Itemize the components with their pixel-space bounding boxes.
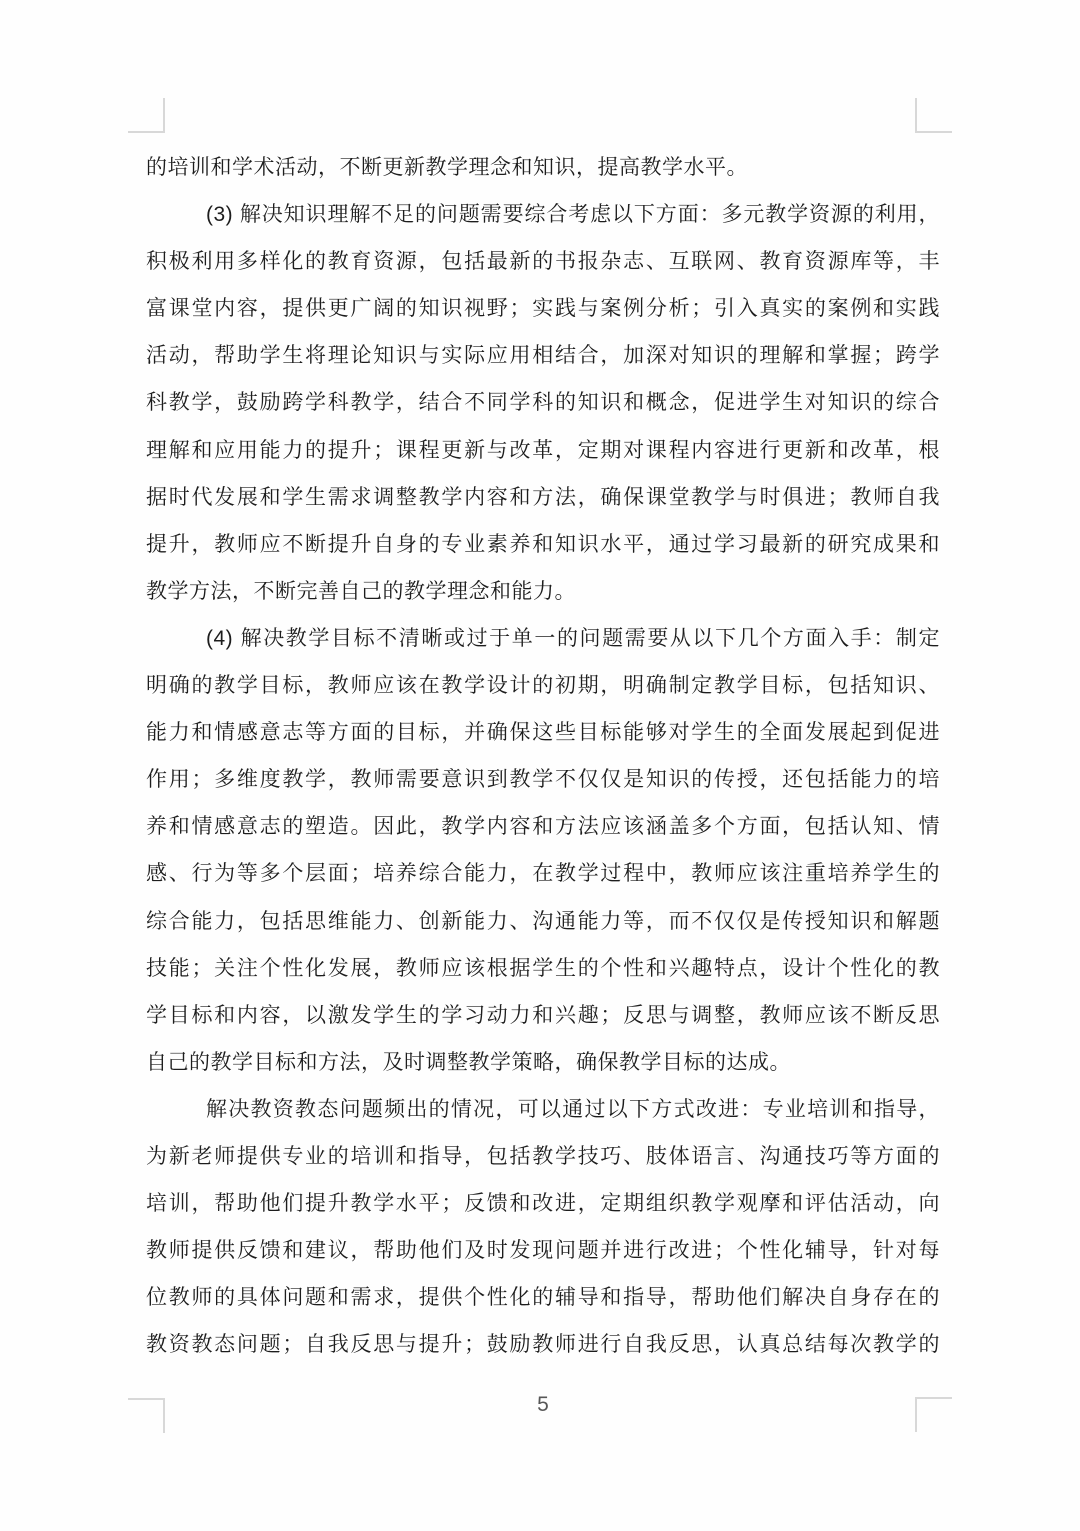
text-line: 解决教资教态问题频出的情况，可以通过以下方式改进：专业培训和指导， <box>146 1086 940 1133</box>
text-line: 综合能力，包括思维能力、创新能力、沟通能力等，而不仅仅是传授知识和解题 <box>146 898 940 945</box>
text-line: 作用；多维度教学，教师需要意识到教学不仅仅是知识的传授，还包括能力的培 <box>146 756 940 803</box>
text-line: 位教师的具体问题和需求，提供个性化的辅导和指导，帮助他们解决自身存在的 <box>146 1274 940 1321</box>
text-line: (3) 解决知识理解不足的问题需要综合考虑以下方面：多元教学资源的利用， <box>146 191 940 238</box>
document-text: 的培训和学术活动，不断更新教学理念和知识，提高教学水平。(3) 解决知识理解不足… <box>146 144 940 1368</box>
text-line: 科教学，鼓励跨学科教学，结合不同学科的知识和概念，促进学生对知识的综合 <box>146 379 940 426</box>
crop-mark-top-right <box>915 98 952 133</box>
text-line: 为新老师提供专业的培训和指导，包括教学技巧、肢体语言、沟通技巧等方面的 <box>146 1133 940 1180</box>
text-line: 教资教态问题；自我反思与提升；鼓励教师进行自我反思，认真总结每次教学的 <box>146 1321 940 1368</box>
text-line: 教师提供反馈和建议，帮助他们及时发现问题并进行改进；个性化辅导，针对每 <box>146 1227 940 1274</box>
text-line: 提升，教师应不断提升自身的专业素养和知识水平，通过学习最新的研究成果和 <box>146 521 940 568</box>
page-number: 5 <box>146 1390 940 1420</box>
text-line: 感、行为等多个层面；培养综合能力，在教学过程中，教师应该注重培养学生的 <box>146 850 940 897</box>
text-line: 自己的教学目标和方法，及时调整教学策略，确保教学目标的达成。 <box>146 1039 940 1086</box>
text-line: (4) 解决教学目标不清晰或过于单一的问题需要从以下几个方面入手：制定 <box>146 615 940 662</box>
text-line: 的培训和学术活动，不断更新教学理念和知识，提高教学水平。 <box>146 144 940 191</box>
text-line: 养和情感意志的塑造。因此，教学内容和方法应该涵盖多个方面，包括认知、情 <box>146 803 940 850</box>
text-line: 积极利用多样化的教育资源，包括最新的书报杂志、互联网、教育资源库等，丰 <box>146 238 940 285</box>
text-line: 明确的教学目标，教师应该在教学设计的初期，明确制定教学目标，包括知识、 <box>146 662 940 709</box>
document-page: 的培训和学术活动，不断更新教学理念和知识，提高教学水平。(3) 解决知识理解不足… <box>0 0 1080 1531</box>
text-line: 教学方法，不断完善自己的教学理念和能力。 <box>146 568 940 615</box>
text-line: 据时代发展和学生需求调整教学内容和方法，确保课堂教学与时俱进；教师自我 <box>146 474 940 521</box>
text-line: 能力和情感意志等方面的目标，并确保这些目标能够对学生的全面发展起到促进 <box>146 709 940 756</box>
text-line: 技能；关注个性化发展，教师应该根据学生的个性和兴趣特点，设计个性化的教 <box>146 945 940 992</box>
text-line: 培训，帮助他们提升教学水平；反馈和改进，定期组织教学观摩和评估活动，向 <box>146 1180 940 1227</box>
text-line: 富课堂内容，提供更广阔的知识视野；实践与案例分析；引入真实的案例和实践 <box>146 285 940 332</box>
text-line: 理解和应用能力的提升；课程更新与改革，定期对课程内容进行更新和改革，根 <box>146 427 940 474</box>
crop-mark-top-left <box>128 98 165 133</box>
text-line: 活动，帮助学生将理论知识与实际应用相结合，加深对知识的理解和掌握；跨学 <box>146 332 940 379</box>
text-line: 学目标和内容，以激发学生的学习动力和兴趣；反思与调整，教师应该不断反思 <box>146 992 940 1039</box>
